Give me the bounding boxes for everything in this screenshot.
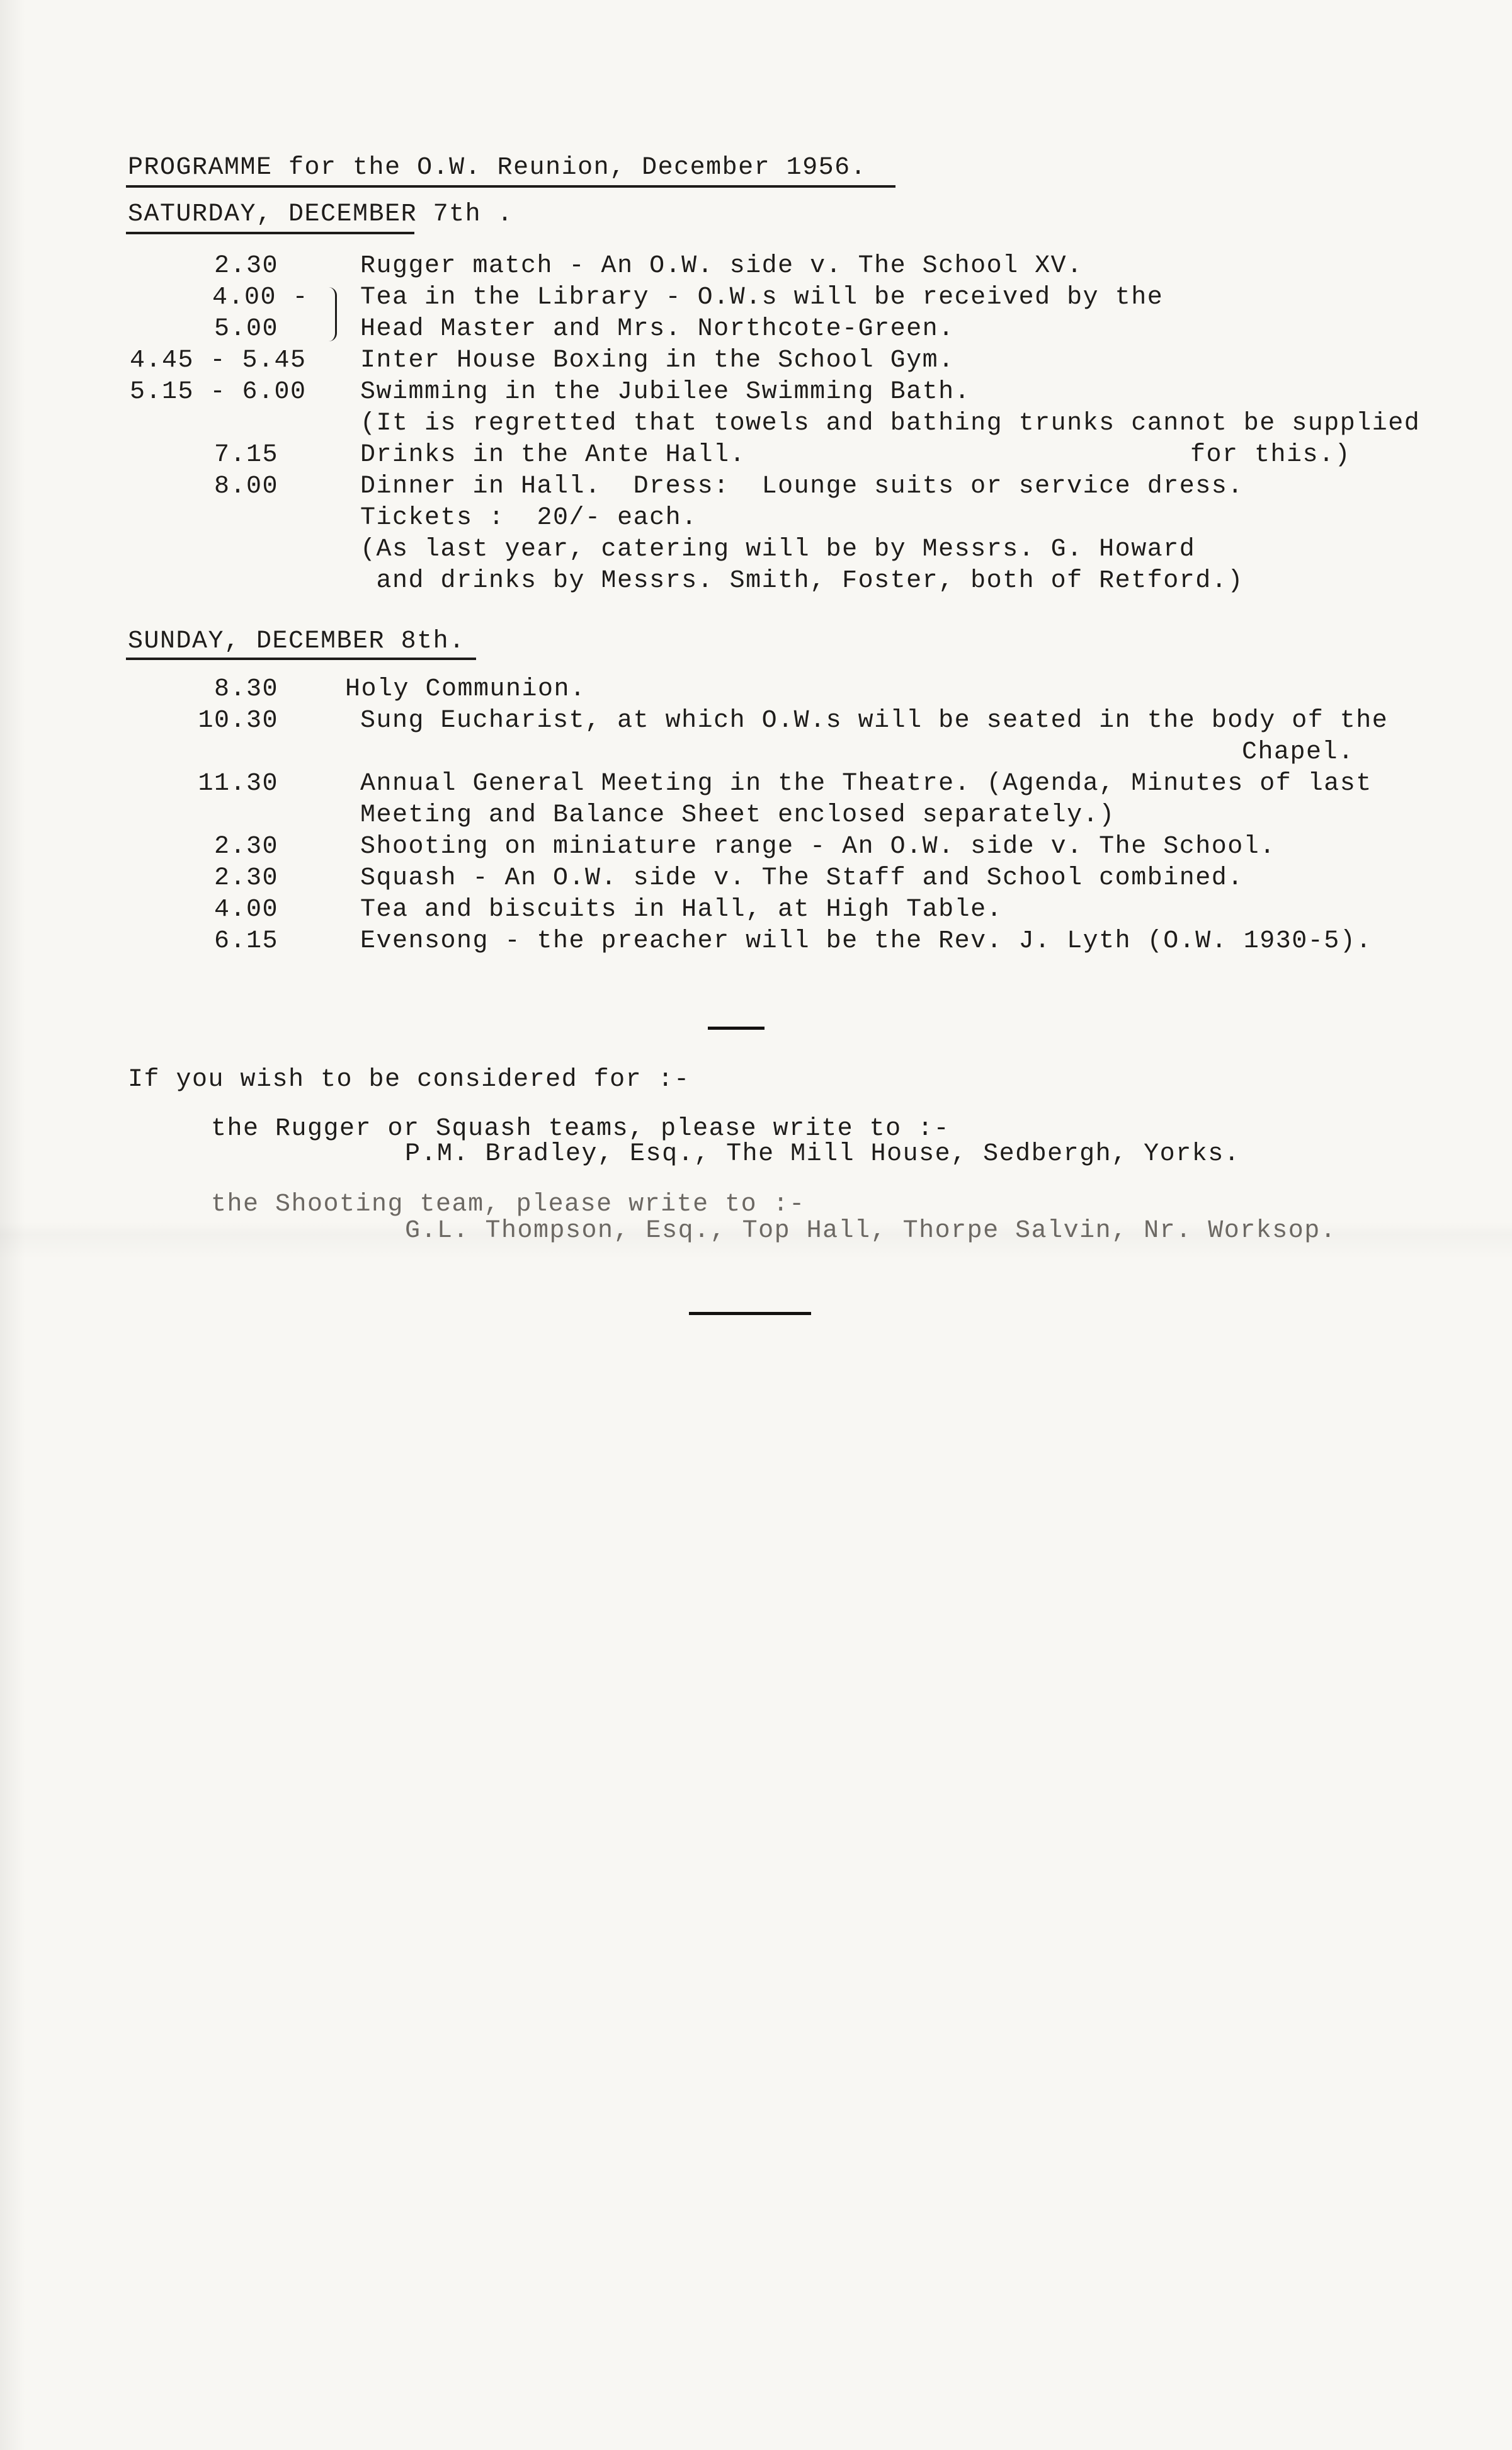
sunday-heading: SUNDAY, DECEMBER 8th. [128, 626, 465, 658]
schedule-time: 5.00 [189, 314, 278, 345]
section-divider [708, 1027, 765, 1030]
schedule-time: 10.30 [176, 705, 278, 737]
schedule-time: 6.15 [189, 926, 278, 957]
schedule-time: 2.30 [189, 251, 278, 282]
schedule-time: 7.15 [189, 440, 278, 471]
schedule-text: Dinner in Hall. Dress: Lounge suits or s… [360, 471, 1244, 503]
schedule-note-continuation: for this.) [1190, 440, 1351, 471]
schedule-text: Tea and biscuits in Hall, at High Table. [360, 894, 1003, 926]
schedule-text: Swimming in the Jubilee Swimming Bath. [360, 377, 970, 408]
schedule-text: Rugger match - An O.W. side v. The Schoo… [360, 251, 1083, 282]
schedule-time: 4.00 - [189, 282, 309, 314]
ticket-price: Tickets : 20/- each. [360, 503, 698, 534]
sunday-underline [126, 658, 476, 660]
schedule-note: (It is regretted that towels and bathing… [360, 408, 1420, 440]
schedule-time: 8.00 [189, 471, 278, 503]
schedule-text: Head Master and Mrs. Northcote-Green. [360, 314, 955, 345]
bracket [329, 287, 337, 341]
schedule-note: (As last year, catering will be by Messr… [360, 534, 1195, 566]
schedule-text: Holy Communion. [345, 674, 586, 705]
schedule-text: Squash - An O.W. side v. The Staff and S… [360, 863, 1244, 894]
schedule-note: Chapel. [1242, 737, 1355, 768]
schedule-note: Meeting and Balance Sheet enclosed separ… [360, 800, 1115, 831]
teams-intro: If you wish to be considered for :- [128, 1064, 690, 1096]
schedule-time: 8.30 [189, 674, 278, 705]
schedule-text: Annual General Meeting in the Theatre. (… [360, 768, 1372, 800]
schedule-time: 5.15 - 6.00 [130, 377, 307, 408]
schedule-time: 11.30 [176, 768, 278, 800]
document-title: PROGRAMME for the O.W. Reunion, December… [128, 152, 867, 184]
shooting-contact: G.L. Thompson, Esq., Top Hall, Thorpe Sa… [405, 1216, 1336, 1247]
section-divider [689, 1312, 811, 1315]
schedule-text: Tea in the Library - O.W.s will be recei… [360, 282, 1163, 314]
schedule-time: 2.30 [189, 831, 278, 863]
rugger-squash-contact: P.M. Bradley, Esq., The Mill House, Sedb… [405, 1139, 1240, 1170]
schedule-text: Evensong - the preacher will be the Rev.… [360, 926, 1372, 957]
schedule-time: 4.45 - 5.45 [130, 345, 307, 377]
schedule-text: Shooting on miniature range - An O.W. si… [360, 831, 1276, 863]
title-underline [126, 185, 895, 188]
schedule-note: and drinks by Messrs. Smith, Foster, bot… [360, 566, 1244, 597]
saturday-heading: SATURDAY, DECEMBER 7th . [128, 199, 513, 231]
schedule-text: Inter House Boxing in the School Gym. [360, 345, 955, 377]
schedule-text: Sung Eucharist, at which O.W.s will be s… [360, 705, 1388, 737]
schedule-time: 2.30 [189, 863, 278, 894]
saturday-underline [126, 232, 414, 234]
schedule-text: Drinks in the Ante Hall. [360, 440, 746, 471]
schedule-time: 4.00 [189, 894, 278, 926]
